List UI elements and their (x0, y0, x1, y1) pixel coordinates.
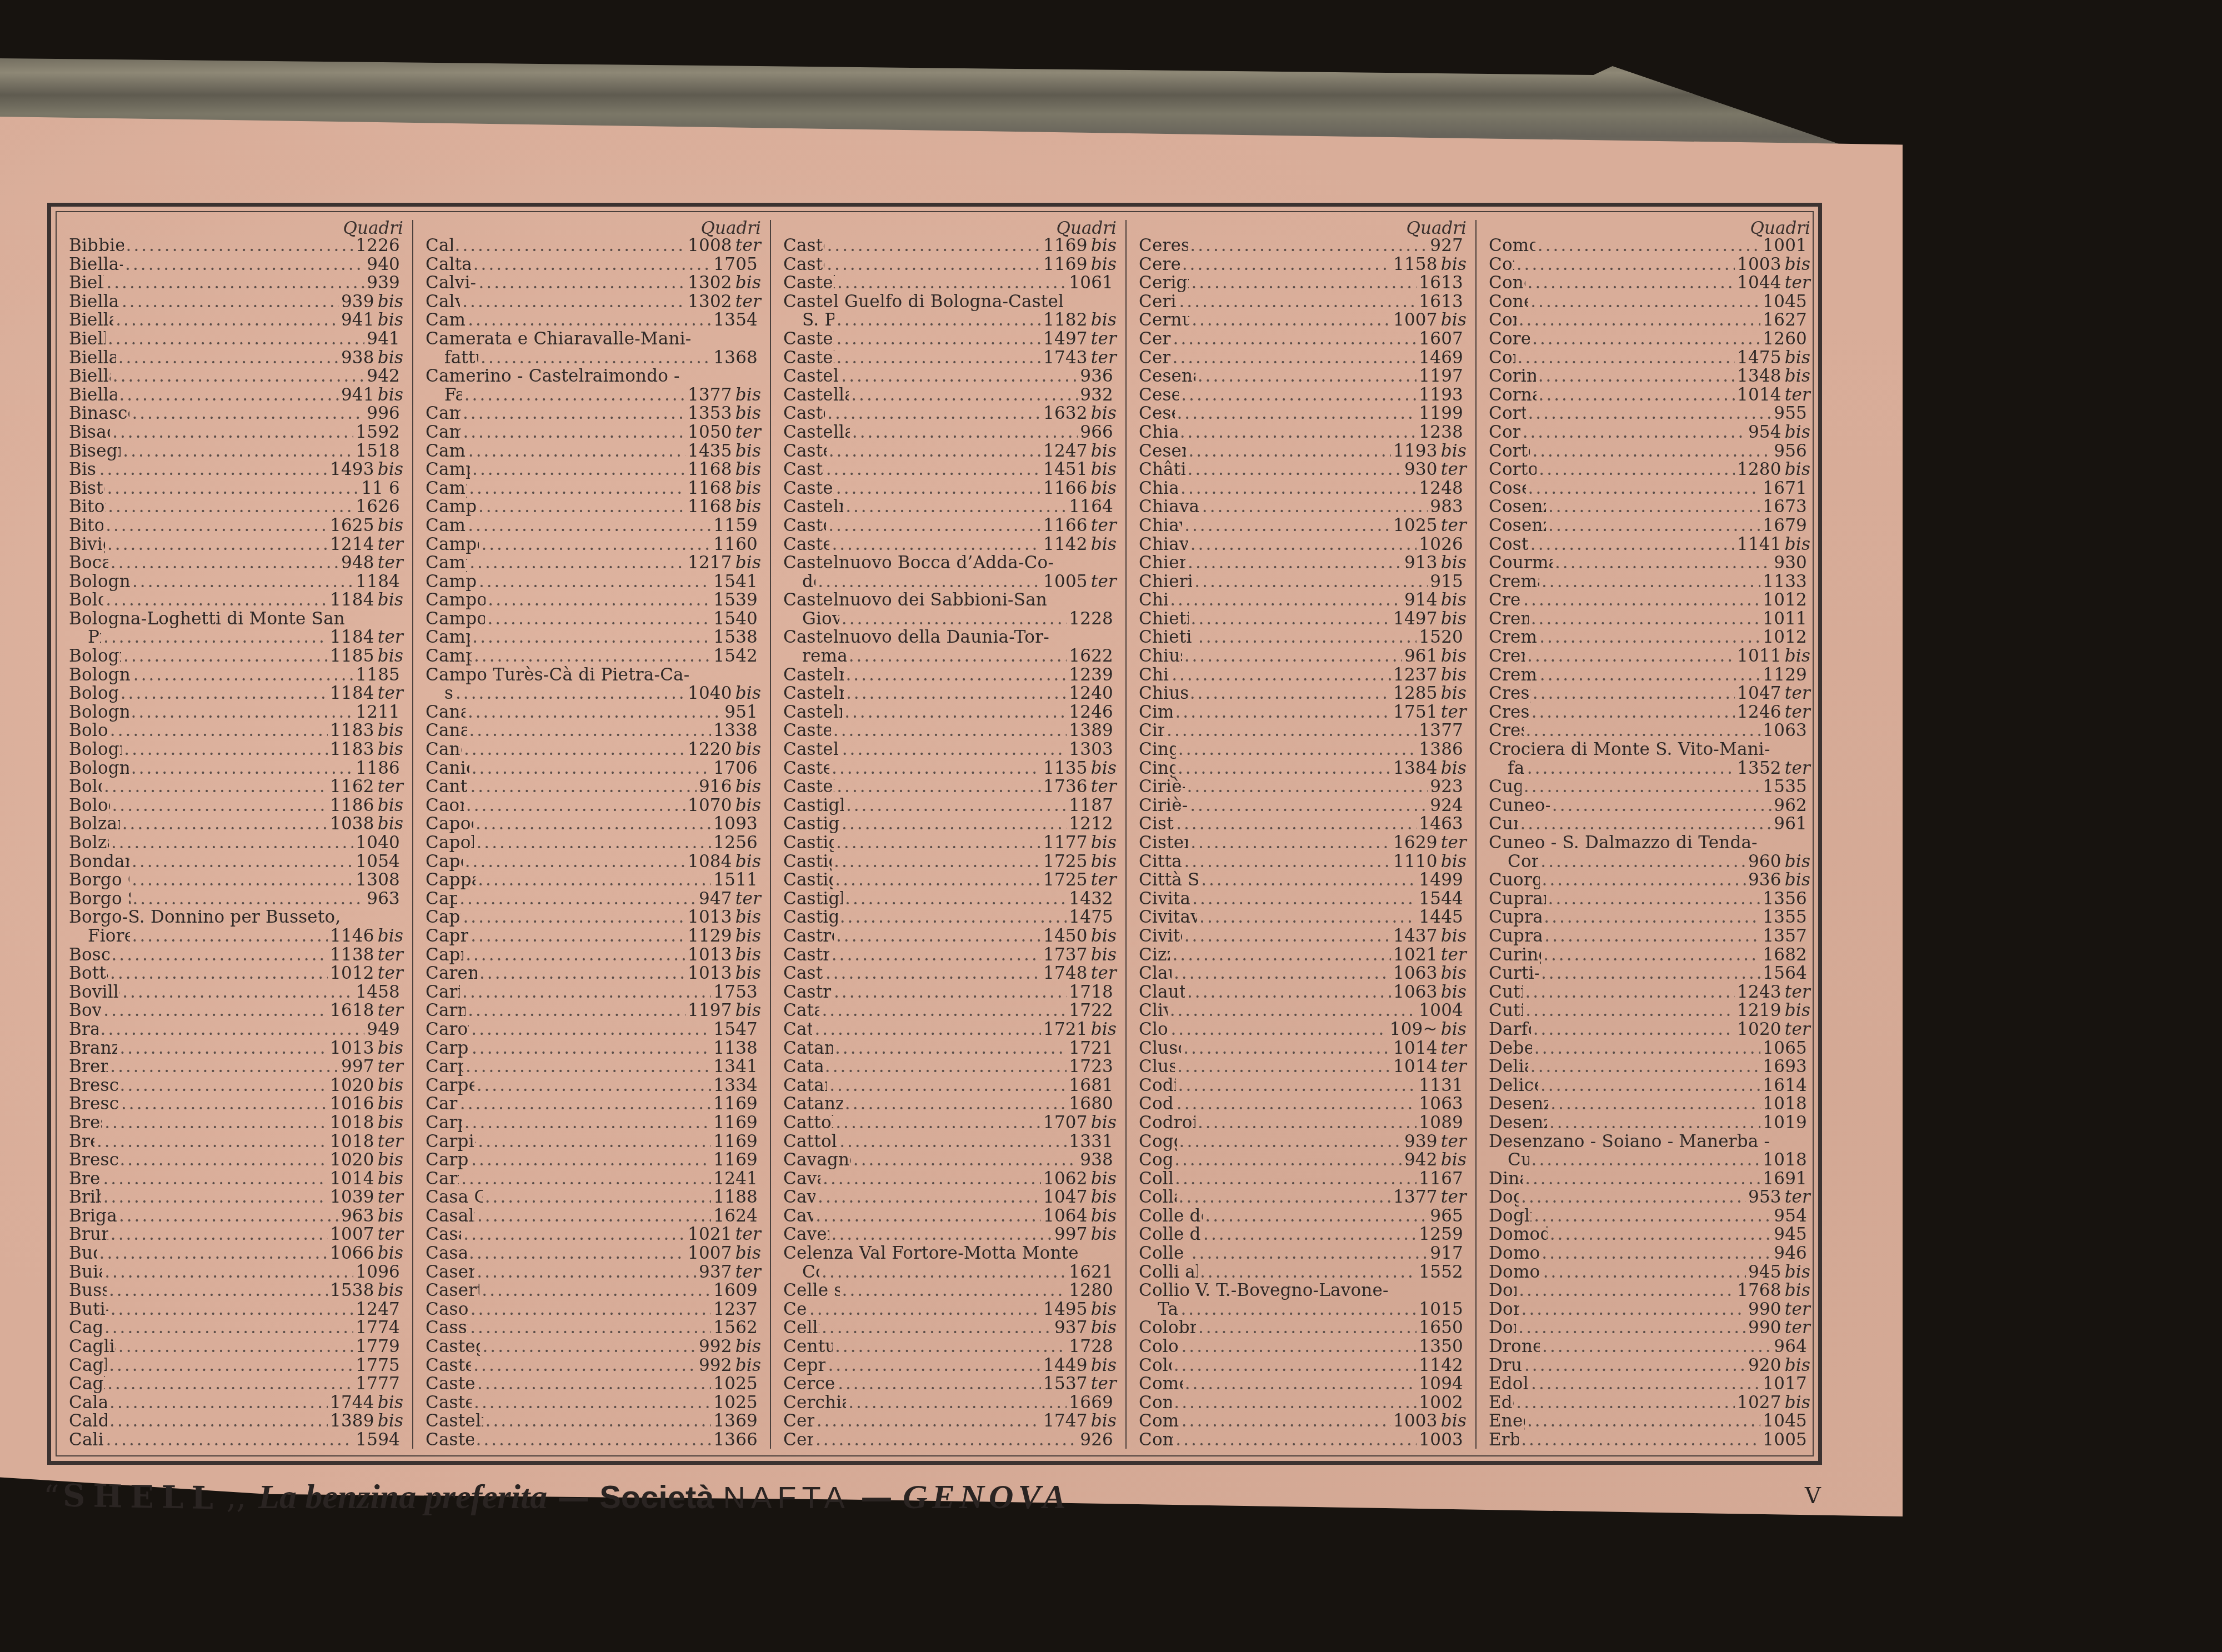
table-number-suffix: bis (378, 1038, 403, 1058)
table-number: 1186 (356, 759, 403, 778)
route-name: Pietro. (88, 628, 101, 647)
route-name: Coggiola-Gattinara (1139, 1133, 1177, 1152)
index-entry: Cupramontana-Castelplanio ..1356 (1489, 890, 1810, 909)
table-number: 1681 (1069, 1077, 1117, 1095)
table-number-value: 1184 (330, 683, 374, 703)
index-entry: Boville Ernica-Frosinone1458 (69, 983, 403, 1002)
table-number-value: 1159 (713, 515, 758, 535)
index-entry: Edolo-Tirano1027bis (1489, 1394, 1810, 1413)
table-number-value: 1437 (1393, 926, 1438, 946)
table-number-suffix: bis (378, 1411, 403, 1431)
dot-leader (474, 647, 711, 666)
dot-leader (111, 834, 353, 853)
table-number: 930 (1774, 554, 1810, 573)
table-number-value: 1682 (1763, 945, 1807, 965)
dot-leader (463, 908, 686, 927)
table-number-value: 1003 (1419, 1430, 1463, 1450)
table-number-value: 1632 (1043, 403, 1088, 423)
table-number-suffix: bis (378, 515, 403, 535)
index-entry: Casteltermini-Acquaviva St.1736ter (783, 778, 1117, 797)
table-number-suffix: bis (1091, 1411, 1117, 1431)
dot-leader (1540, 853, 1746, 872)
table-number: 1040 (356, 834, 403, 853)
dot-leader (1174, 1394, 1417, 1413)
table-number-suffix: bis (378, 1169, 403, 1189)
index-entry: Domodossola-Antrona-Piana .945 (1489, 1225, 1810, 1244)
table-number-suffix: bis (378, 739, 403, 759)
table-number: 1047ter (1737, 684, 1810, 703)
table-number: 997ter (341, 1058, 403, 1077)
table-number-value: 1377 (1393, 1187, 1438, 1207)
table-number-value: 1183 (330, 739, 374, 759)
table-number: 1435bis (688, 442, 761, 461)
dot-leader (462, 293, 685, 312)
dot-leader (109, 1394, 328, 1413)
table-number-value: 1308 (356, 870, 400, 890)
table-number-value: 1129 (688, 926, 732, 946)
table-number-value: 961 (1774, 814, 1807, 834)
index-entry: remaggiore-Sansevero1622 (783, 647, 1117, 666)
index-entry: Biella-Piedicavallo942 (69, 367, 403, 386)
index-entry: S. Pietro d’Emilia1182bis (783, 311, 1117, 330)
table-number-suffix: ter (1785, 702, 1810, 722)
index-entry: Confine-Nizza M960bis (1489, 853, 1810, 872)
dot-leader (481, 349, 711, 368)
index-entry: Desenzano - Soiano - Manerba - (1489, 1133, 1810, 1152)
route-name: Cortemilia-Acqui (1489, 404, 1526, 423)
dot-leader (1555, 554, 1771, 573)
table-number: 1495bis (1043, 1300, 1117, 1319)
dot-leader (478, 871, 711, 890)
route-name: Bologna-S. Sisto (69, 778, 102, 797)
index-table-inner: QuadriBibbiena-S. Piero in Bagno1226Biel… (56, 211, 1814, 1456)
table-number: 946 (1774, 1244, 1810, 1263)
table-number-value: 1499 (1419, 870, 1463, 890)
index-entry: Cagliari-Sardara.1775 (69, 1356, 403, 1375)
index-entry: Carpi-Pioppa S. Antonio1169 (426, 1133, 761, 1152)
index-entry: Campagnola-Modena1168bis (426, 479, 761, 498)
table-number-suffix: bis (1091, 1169, 1117, 1189)
index-entry: Chianciano-Chiusi1238 (1139, 423, 1467, 442)
dot-leader (1540, 666, 1761, 685)
table-number-suffix: ter (378, 1000, 403, 1020)
dot-leader (1538, 237, 1760, 256)
table-number-value: 1238 (1419, 422, 1463, 442)
table-number: 1355 (1763, 908, 1810, 927)
route-name: Cosenza-S. Demetrio Corone.. (1489, 498, 1546, 517)
route-name: Campobasso-Gambatesa (426, 573, 477, 592)
route-name: Cremona-Castelponzone (1489, 628, 1537, 647)
table-number-value: 1768 (1737, 1280, 1781, 1300)
table-number: 1247 (356, 1300, 403, 1319)
dot-leader (1175, 1431, 1417, 1450)
table-number-value: 1183 (330, 720, 374, 740)
index-entry: Castel S. Elia-Nepi-Civita C.1303 (783, 740, 1117, 759)
table-number-value: 1348 (1737, 366, 1781, 386)
table-number-suffix: bis (1441, 982, 1467, 1002)
route-name: Bribano-Caprile (69, 1188, 101, 1207)
table-number-suffix: bis (1785, 1000, 1810, 1020)
table-number: 932 (1080, 386, 1117, 405)
table-number: 990ter (1748, 1319, 1810, 1338)
index-entry: Catania-Borrello1722 (783, 1002, 1117, 1020)
dot-leader (104, 778, 328, 797)
table-number-suffix: bis (1441, 963, 1467, 983)
route-name: Caprino-Olgiate M. (426, 946, 463, 965)
dot-leader (835, 1114, 1041, 1133)
table-number-value: 1138 (713, 1038, 758, 1058)
table-number: 1169 (713, 1095, 761, 1114)
table-number-value: 1463 (1419, 814, 1463, 834)
route-name: Codroipo-Belvedere (Grado). (1139, 1114, 1195, 1133)
dot-leader (836, 927, 1041, 946)
index-entry: Cittanova-Capodistria..1110bis (1139, 853, 1467, 872)
dot-leader (486, 1412, 712, 1431)
route-name: Camisano-Padova (426, 423, 461, 442)
table-number: 1169 (713, 1133, 761, 1152)
dot-leader (1187, 778, 1428, 797)
dot-leader (837, 311, 1041, 330)
table-number-value: 1246 (1069, 702, 1113, 722)
route-name: Cagliari-Teulada (69, 1375, 105, 1394)
route-name: Ciriè-Levone Canavese (1139, 797, 1188, 815)
dot-leader (116, 311, 339, 330)
route-name: Ciminna-Stazione (1139, 703, 1173, 722)
dot-leader (132, 404, 364, 423)
index-entry: Civitanova-Pescolanciano1544 (1139, 890, 1467, 909)
table-number: 1164 (1069, 498, 1117, 517)
index-entry: Fabriano1377bis (426, 386, 761, 405)
table-number-value: 1110 (1393, 852, 1438, 872)
dot-leader (1544, 927, 1760, 946)
index-entry: Caldarola-Tolentino1389bis (69, 1412, 403, 1431)
table-number-value: 1013 (688, 945, 732, 965)
route-name: Colle della Maddalena-Demonte (1139, 1207, 1203, 1226)
index-entry: Bolzano-Cortina d’Ampezzo1038bis (69, 815, 403, 834)
route-name: Cremona-Asola (1489, 591, 1521, 610)
table-number: 1001 (1763, 237, 1810, 256)
table-number-suffix: bis (1441, 1411, 1467, 1431)
table-number-suffix: bis (1441, 646, 1467, 666)
column-header-quadri: Quadri (426, 220, 761, 237)
index-entry: Castelferretti-Manifattura T.1369 (426, 1412, 761, 1431)
dot-leader (487, 610, 711, 629)
table-number: 1389 (1069, 722, 1117, 740)
table-number-value: 1475 (1069, 907, 1113, 927)
table-number-value: 1538 (330, 1280, 374, 1300)
table-number-suffix: ter (1785, 982, 1810, 1002)
table-number-value: 1135 (1043, 758, 1088, 778)
index-entry: sare1040bis (426, 684, 761, 703)
dot-leader (1532, 1151, 1761, 1170)
route-name: Cagliari-Ballao (69, 1319, 102, 1338)
table-number-value: 1014 (1393, 1038, 1438, 1058)
dot-leader (1184, 517, 1391, 535)
table-number: 1562 (713, 1319, 761, 1338)
index-entry: Bologna-Maranello-Sassuolo1185bis (69, 647, 403, 666)
index-entry: Castel S. Angelo-Visso.1389 (783, 722, 1117, 740)
table-number-value: 1669 (1069, 1393, 1113, 1413)
table-number-suffix: ter (1441, 1132, 1467, 1152)
table-number-suffix: bis (735, 403, 761, 423)
table-number: 1185 (356, 666, 403, 685)
route-name: Campo Turès-Cà di Pietra-Ca- (426, 666, 689, 685)
route-name: Branzi-S. Giovanni Bianco (69, 1039, 117, 1058)
table-number: 1013bis (688, 908, 761, 927)
dot-leader (815, 1207, 1041, 1226)
index-entry: Ceretolo-Traversetolo1158bis (1139, 256, 1467, 274)
table-number-suffix: bis (1091, 1318, 1117, 1338)
table-number-value: 920 (1748, 1355, 1781, 1375)
index-entry: Cesena-Ravenna1199 (1139, 404, 1467, 423)
route-name: Castiglione Teverina-Orvieto.. (783, 890, 843, 909)
route-name: Bolzano-Cortina d’Ampezzo (69, 815, 120, 834)
index-column: QuadriBibbiena-S. Piero in Bagno1226Biel… (57, 220, 412, 1449)
route-name: Casatenuovo-Usmate (426, 1244, 467, 1263)
route-name: Briga Marittima-Cannes (69, 1207, 117, 1226)
table-number-value: 1614 (1763, 1075, 1807, 1095)
route-name: Boville Ernica-Frosinone (69, 983, 120, 1002)
table-number: 1679 (1763, 517, 1810, 535)
route-name: Cassino-Alvito-Sora (426, 1319, 468, 1338)
table-number-value: 1607 (1419, 329, 1463, 349)
route-name: Castelferretti-Manifattura T. (426, 1412, 483, 1431)
index-entry: Bologna-Molino di Cesare.1184ter (69, 684, 403, 703)
route-name: Giovanni Valdarno (802, 610, 839, 629)
table-number-value: 1169 (713, 1132, 758, 1152)
table-number-value: 1350 (1419, 1336, 1463, 1356)
table-number-suffix: bis (1091, 478, 1117, 498)
index-entry: Castiglione de’ Pepoli-Bologna1187 (783, 797, 1117, 815)
table-number-value: 1169 (1043, 254, 1088, 274)
table-number: 1237 (713, 1300, 761, 1319)
dot-leader (1170, 1002, 1417, 1020)
table-number-value: 941 (341, 310, 374, 330)
index-entry: Carpi-Reggio Emilia1169 (426, 1151, 761, 1170)
dot-leader (112, 946, 328, 965)
route-name: Enego-Primolano (1489, 1412, 1525, 1431)
index-entry: Campegine-Parma1159 (426, 517, 761, 535)
table-number-value: 1613 (1419, 273, 1463, 293)
route-name: Debellis-Nimis-Udine (1489, 1039, 1532, 1058)
table-number: 1003 (1419, 1431, 1467, 1450)
index-entry: Campagnola-Correggio1168bis (426, 460, 761, 479)
dot-leader (470, 1319, 711, 1338)
index-entry: Casteggio-Montalto Pavese..992bis (426, 1338, 761, 1356)
dot-leader (459, 890, 697, 909)
dot-leader (818, 1188, 1041, 1207)
index-entry: Casalnuovo-San Severo1624 (426, 1207, 761, 1226)
index-entry: Colle di Compito-Lucca 1258 ter1259 (1139, 1225, 1467, 1244)
index-entry: Bologna-S. Benedetto Querc.1183bis (69, 740, 403, 759)
index-column: QuadriCalolzio-Elve1008terCaltabellotta-… (412, 220, 770, 1449)
table-number-suffix: bis (1441, 926, 1467, 946)
dot-leader (465, 853, 685, 872)
dot-leader (125, 256, 364, 274)
route-name: Castelnovomonti-Ramiseto. (783, 479, 834, 498)
dot-leader (842, 610, 1067, 629)
index-entry: Corinaldo-Senigal.-Ancona1348bis (1489, 367, 1810, 386)
route-name: Casa Grande-Sasso-Bologna (426, 1188, 483, 1207)
index-entry: Ciriè-Corio Canavese923 (1139, 778, 1467, 797)
table-number: 941bis (341, 386, 403, 405)
table-number: 1736ter (1043, 778, 1117, 797)
table-number-value: 1707 (1043, 1113, 1088, 1133)
index-entry: Carpi-Modena1169 (426, 1095, 761, 1114)
table-number-value: 1212 (1069, 814, 1113, 834)
route-name: Campegine-Parma (426, 517, 466, 535)
index-entry: Celenza Val Fortore-Motta Monte (783, 1244, 1117, 1263)
index-entry: Canale-Racconigi951 (426, 703, 761, 722)
route-name: Claut-Montereale Cellina (1139, 983, 1185, 1002)
table-number: 1353bis (688, 404, 761, 423)
table-number: 1280bis (1737, 460, 1810, 479)
dot-leader (477, 1263, 697, 1282)
table-number-value: 1018 (330, 1132, 374, 1152)
table-number-value: 1259 (1419, 1224, 1463, 1244)
route-name: Borgo-S. Donnino per Busseto, (69, 908, 341, 927)
table-number: 1182bis (1043, 311, 1117, 330)
dot-leader (1532, 703, 1735, 722)
route-name: Como-Casanova (1139, 1431, 1173, 1450)
index-entry: Cizzago-Brescia1021ter (1139, 946, 1467, 965)
route-name: Chianni-Pontedera (1139, 479, 1178, 498)
table-number: 1199 (1419, 404, 1467, 423)
dot-leader (119, 386, 338, 405)
table-number: 1537ter (1043, 1375, 1117, 1394)
table-number: 1538 (713, 628, 761, 647)
route-name: Cerignola Camp.-Canosa (1139, 274, 1189, 293)
route-name: Cavagnolo Staz.-Serralunga Staz. (783, 1151, 851, 1170)
index-entry: Castronovo-Stazione1748ter (783, 964, 1117, 983)
table-number: 1748ter (1043, 964, 1117, 983)
table-number: 1302bis (688, 274, 761, 293)
table-number-value: 1723 (1069, 1057, 1113, 1077)
footer-advertisement: “ SHELL ,, La benzina preferita — Societ… (43, 1466, 1838, 1528)
route-name: Ceretolo-Traversetolo (1139, 256, 1180, 274)
table-number-value: 1537 (1043, 1374, 1088, 1394)
table-number-value: 1542 (713, 646, 758, 666)
index-entry: Giovanni Valdarno1228 (783, 610, 1117, 629)
dot-leader (1190, 535, 1417, 554)
dot-leader (482, 1281, 711, 1300)
table-number-suffix: ter (378, 553, 403, 573)
route-name: Cattolica-Macerata Feltria (783, 1133, 837, 1152)
dot-leader (121, 684, 328, 703)
table-number-suffix: bis (1785, 534, 1810, 554)
index-entry: Castelfranco-Bologna1169bis (783, 237, 1117, 256)
page-number: V (1805, 1483, 1821, 1509)
dot-leader (470, 778, 696, 797)
table-number-value: 1211 (356, 702, 400, 722)
route-name: Bovino-Stazione (69, 1002, 101, 1020)
table-number: 1671 (1763, 479, 1810, 498)
table-number-value: 1061 (1069, 273, 1113, 293)
table-number-value: 1013 (688, 963, 732, 983)
table-number-suffix: bis (1785, 870, 1810, 890)
dot-leader (476, 1431, 712, 1450)
table-number-value: 1039 (330, 1187, 374, 1207)
table-number-suffix: bis (1091, 310, 1117, 330)
table-number: 1188 (713, 1188, 761, 1207)
index-entry: Brunate-S. Maurizio1007ter (69, 1225, 403, 1244)
table-number-value: 1541 (713, 572, 758, 592)
table-number-value: 1228 (1069, 609, 1113, 629)
table-number: 1011 (1763, 610, 1810, 629)
dot-leader (1180, 1300, 1417, 1319)
route-name: Bolzano-Sarentino (69, 834, 109, 853)
index-entry: Crociera di Monte S. Vito-Mani- (1489, 740, 1810, 759)
index-entry: Campo Turès-Cà di Pietra-Ca- (426, 666, 761, 685)
index-entry: Cremona-Castelponzone1012 (1489, 628, 1810, 647)
table-number: 1722 (1069, 1002, 1117, 1020)
table-number: 1552 (1419, 1263, 1467, 1282)
index-entry: Chieri-Baldissero-Torino913bis (1139, 554, 1467, 573)
table-number-value: 940 (367, 254, 400, 274)
index-entry: Courmayeur-Piccolo S. Bernardo930 (1489, 554, 1810, 573)
table-number: 1744bis (330, 1394, 403, 1413)
dot-leader (849, 647, 1067, 666)
table-number-suffix: ter (735, 1224, 761, 1244)
index-entry: Catania-Zafferana1723 (783, 1058, 1117, 1077)
dot-leader (1182, 1412, 1391, 1431)
index-entry: Buia-Tricesimo1096 (69, 1263, 403, 1282)
route-name: Bra-Fossano (69, 1020, 98, 1039)
route-name: Centuripe-Catenanuova (783, 1338, 833, 1356)
table-number-value: 1146 (330, 926, 374, 946)
table-number-suffix: ter (735, 236, 761, 256)
table-number: 960bis (1748, 853, 1810, 872)
route-name: Clusone-Casino Boario (1139, 1039, 1181, 1058)
index-entry: Cugnoli-Alanno1535 (1489, 778, 1810, 797)
table-number: 1369 (713, 1412, 761, 1431)
dot-leader (836, 834, 1041, 853)
dot-leader (851, 386, 1078, 405)
route-name: Curinga-Catanzaro Marina (1489, 946, 1541, 965)
index-entry: Castellamonte-Traversella936 (783, 367, 1117, 386)
table-number-value: 1562 (713, 1318, 758, 1338)
table-number-value: 1673 (1763, 497, 1807, 517)
table-number-suffix: bis (1091, 236, 1117, 256)
table-number: 1026 (1419, 535, 1467, 554)
index-entry: Catania-Motta1721bis (783, 1020, 1117, 1039)
dot-leader (485, 1188, 712, 1207)
route-name: Coggiola-Varallo (1139, 1151, 1172, 1170)
table-number-suffix: ter (1441, 515, 1467, 535)
table-number-value: 1544 (1419, 889, 1463, 909)
dot-leader (474, 1394, 711, 1413)
table-number: 1168bis (688, 479, 761, 498)
dot-leader (1200, 1263, 1417, 1282)
route-name: Casaloldo-Brescia (426, 1225, 461, 1244)
table-number-value: 1718 (1069, 982, 1113, 1002)
table-number-value: 1302 (688, 273, 732, 293)
route-name: Carpegna-S. Arcangelo (426, 1077, 474, 1095)
table-number-value: 1256 (713, 833, 758, 853)
table-number: 1166ter (1043, 517, 1117, 535)
route-name: Castelfranco V.-Possagno (783, 274, 835, 293)
route-name: Como-Varese (1489, 256, 1514, 274)
dot-leader (1538, 367, 1735, 386)
table-number-suffix: ter (1091, 1374, 1117, 1394)
table-number: 1063bis (1393, 964, 1467, 983)
ad-tagline: La benzina preferita (258, 1478, 547, 1517)
dot-leader (103, 628, 328, 647)
dot-leader (1184, 647, 1402, 666)
route-name: Carpi-Pioppa S. Antonio (426, 1133, 476, 1152)
dot-leader (1192, 1244, 1428, 1263)
table-number: 1241 (713, 1170, 761, 1189)
